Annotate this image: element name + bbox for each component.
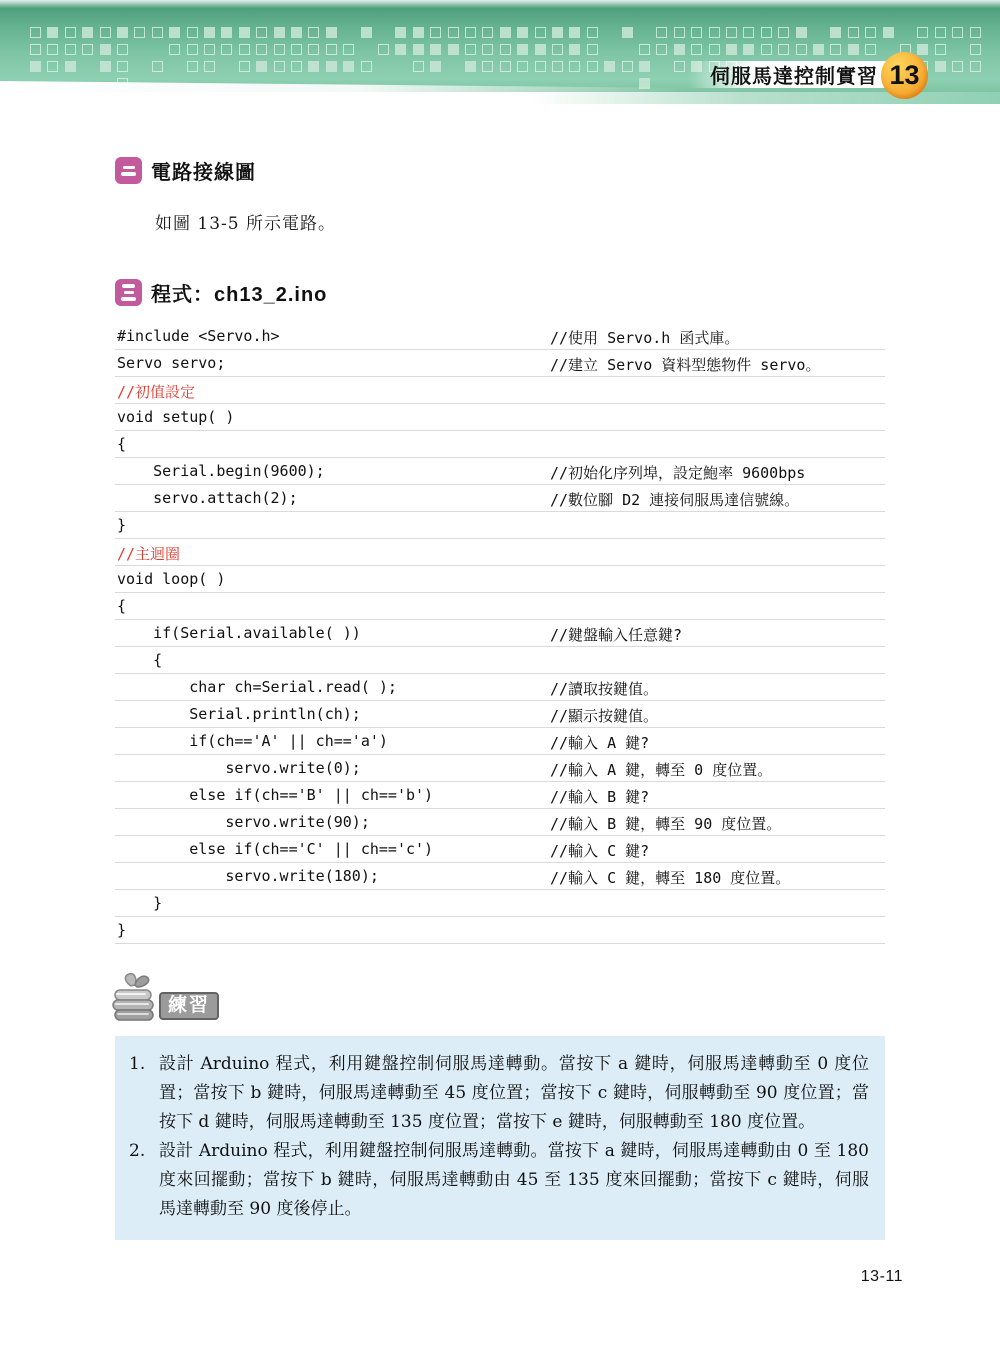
decorative-square xyxy=(674,44,685,55)
decorative-square xyxy=(952,27,963,38)
code-row: servo.write(180);//輸入 C 鍵，轉至 180 度位置。 xyxy=(115,863,885,890)
decorative-square xyxy=(100,44,111,55)
decorative-square xyxy=(970,27,981,38)
section-heading-circuit: 電路接線圖 xyxy=(115,156,885,185)
decorative-square xyxy=(743,44,754,55)
code-comment: //數位腳 D2 連接伺服馬達信號線。 xyxy=(550,489,799,510)
decorative-square xyxy=(117,61,128,72)
decorative-square xyxy=(47,27,58,38)
decorative-square xyxy=(761,27,772,38)
decorative-square xyxy=(639,44,650,55)
code-text: char ch=Serial.read( ); xyxy=(117,678,397,696)
decorative-square xyxy=(169,44,180,55)
decorative-square xyxy=(82,44,93,55)
page: 伺服馬達控制實習 13 電路接線圖 如圖 13-5 所示電路。 程式：ch13_… xyxy=(0,0,1000,1356)
code-row: else if(ch=='C' || ch=='c')//輸入 C 鍵? xyxy=(115,836,885,863)
decorative-square xyxy=(378,44,389,55)
decorative-square xyxy=(465,27,476,38)
decorative-square xyxy=(326,44,337,55)
code-comment: //使用 Servo.h 函式庫。 xyxy=(550,327,739,348)
circuit-intro-text: 如圖 13-5 所示電路。 xyxy=(155,209,885,234)
decorative-square xyxy=(47,44,58,55)
decorative-square xyxy=(134,27,145,38)
code-text: if(Serial.available( )) xyxy=(117,624,361,642)
decorative-square xyxy=(465,61,476,72)
decorative-square xyxy=(500,44,511,55)
code-row: if(ch=='A' || ch=='a')//輸入 A 鍵? xyxy=(115,728,885,755)
code-comment: //輸入 B 鍵，轉至 90 度位置。 xyxy=(550,813,781,834)
decorative-square xyxy=(865,44,876,55)
decorative-square xyxy=(465,44,476,55)
decorative-square xyxy=(622,61,633,72)
code-text: } xyxy=(117,894,162,912)
decorative-square xyxy=(709,44,720,55)
decorative-square xyxy=(743,27,754,38)
decorative-square xyxy=(239,44,250,55)
decorative-square xyxy=(552,61,563,72)
decorative-square xyxy=(291,61,302,72)
books-and-sprout-icon xyxy=(111,972,163,1031)
decorative-square xyxy=(395,44,406,55)
decorative-square xyxy=(448,44,459,55)
code-text: servo.write(90); xyxy=(117,813,370,831)
code-comment: //建立 Servo 資料型態物件 servo。 xyxy=(550,354,820,375)
decorative-square xyxy=(952,61,963,72)
decorative-square xyxy=(935,61,946,72)
decorative-square xyxy=(691,27,702,38)
code-text: #include <Servo.h> xyxy=(117,327,280,345)
code-listing: #include <Servo.h>//使用 Servo.h 函式庫。Servo… xyxy=(115,323,885,944)
decorative-square xyxy=(813,44,824,55)
decorative-square xyxy=(413,61,424,72)
decorative-square xyxy=(569,61,580,72)
decorative-square xyxy=(291,44,302,55)
decorative-square xyxy=(535,27,546,38)
decorative-square xyxy=(917,27,928,38)
decorative-square xyxy=(535,61,546,72)
decorative-square xyxy=(935,27,946,38)
decorative-square xyxy=(639,61,650,72)
decorative-square xyxy=(917,44,928,55)
decorative-square xyxy=(430,44,441,55)
decorative-square xyxy=(204,27,215,38)
code-row: void setup( ) xyxy=(115,404,885,431)
decorative-square xyxy=(30,61,41,72)
code-row: Serial.begin(9600);//初始化序列埠，設定鮑率 9600bps xyxy=(115,458,885,485)
exercise-item: 1.設計 Arduino 程式，利用鍵盤控制伺服馬達轉動。當按下 a 鍵時，伺服… xyxy=(129,1050,869,1137)
decorative-square xyxy=(100,27,111,38)
code-text: } xyxy=(117,516,126,534)
decorative-square xyxy=(569,44,580,55)
decorative-square xyxy=(552,44,563,55)
decorative-square xyxy=(221,44,232,55)
code-row: servo.write(0);//輸入 A 鍵，轉至 0 度位置。 xyxy=(115,755,885,782)
decorative-square xyxy=(796,27,807,38)
code-text: Serial.println(ch); xyxy=(117,705,361,723)
decorative-square xyxy=(865,27,876,38)
decorative-square xyxy=(500,27,511,38)
decorative-square xyxy=(691,44,702,55)
decorative-square xyxy=(256,61,267,72)
decorative-square xyxy=(65,27,76,38)
decorative-square xyxy=(517,27,528,38)
decorative-square xyxy=(187,44,198,55)
code-row: } xyxy=(115,890,885,917)
code-text: Serial.begin(9600); xyxy=(117,462,325,480)
decorative-square xyxy=(361,27,372,38)
decorative-square xyxy=(152,61,163,72)
code-text: { xyxy=(117,651,162,669)
decorative-square xyxy=(517,44,528,55)
decorative-square xyxy=(587,61,598,72)
code-comment: //讀取按鍵值。 xyxy=(550,678,658,699)
decorative-square xyxy=(848,27,859,38)
code-text: { xyxy=(117,435,126,453)
decorative-square xyxy=(517,61,528,72)
code-comment: //初始化序列埠，設定鮑率 9600bps xyxy=(550,462,805,483)
decorative-square xyxy=(256,44,267,55)
decorative-square xyxy=(448,27,459,38)
page-content: 電路接線圖 如圖 13-5 所示電路。 程式：ch13_2.ino #inclu… xyxy=(115,104,885,1240)
decorative-square xyxy=(326,27,337,38)
decorative-square xyxy=(656,44,667,55)
header-fade-strip xyxy=(530,92,1000,104)
decorative-square xyxy=(622,27,633,38)
decorative-square xyxy=(169,27,180,38)
section-heading-program: 程式：ch13_2.ino xyxy=(115,278,885,307)
code-row: servo.attach(2);//數位腳 D2 連接伺服馬達信號線。 xyxy=(115,485,885,512)
decorative-square xyxy=(274,61,285,72)
decorative-square xyxy=(430,27,441,38)
decorative-square xyxy=(100,61,111,72)
decorative-square xyxy=(883,27,894,38)
decorative-square xyxy=(204,61,215,72)
exercise-item: 2.設計 Arduino 程式，利用鍵盤控制伺服馬達轉動。當按下 a 鍵時，伺服… xyxy=(129,1137,869,1224)
code-text: void loop( ) xyxy=(117,570,225,588)
code-comment: //鍵盤輸入任意鍵? xyxy=(550,624,682,645)
code-row: if(Serial.available( ))//鍵盤輸入任意鍵? xyxy=(115,620,885,647)
decorative-square xyxy=(639,78,650,89)
decorative-square xyxy=(830,44,841,55)
section-marker-three-icon xyxy=(115,279,142,306)
decorative-square xyxy=(413,27,424,38)
practice-label: 練習 xyxy=(159,992,219,1020)
decorative-square xyxy=(778,27,789,38)
decorative-square xyxy=(274,44,285,55)
decorative-square xyxy=(848,44,859,55)
code-row: //初值設定 xyxy=(115,377,885,404)
decorative-square xyxy=(587,27,598,38)
decorative-square xyxy=(308,61,319,72)
chapter-number: 13 xyxy=(889,60,919,91)
decorative-square xyxy=(970,44,981,55)
decorative-square xyxy=(674,61,685,72)
decorative-square xyxy=(604,61,615,72)
decorative-square xyxy=(256,27,267,38)
decorative-square xyxy=(308,27,319,38)
decorative-square xyxy=(535,44,546,55)
decorative-square xyxy=(395,27,406,38)
decorative-square xyxy=(361,61,372,72)
decorative-square xyxy=(65,61,76,72)
decorative-square xyxy=(30,27,41,38)
code-text: void setup( ) xyxy=(117,408,234,426)
decorative-square xyxy=(726,27,737,38)
decorative-square xyxy=(47,61,58,72)
code-row: void loop( ) xyxy=(115,566,885,593)
decorative-square xyxy=(482,61,493,72)
code-text: //初值設定 xyxy=(117,381,195,402)
decorative-square xyxy=(552,27,563,38)
code-row: //主迴圈 xyxy=(115,539,885,566)
decorative-square xyxy=(274,27,285,38)
code-comment: //輸入 C 鍵，轉至 180 度位置。 xyxy=(550,867,790,888)
code-row: char ch=Serial.read( );//讀取按鍵值。 xyxy=(115,674,885,701)
decorative-square xyxy=(82,27,93,38)
decorative-square xyxy=(726,44,737,55)
section-title: 程式：ch13_2.ino xyxy=(151,278,327,307)
decorative-square xyxy=(970,61,981,72)
chapter-title: 伺服馬達控制實習 xyxy=(710,60,878,89)
code-row: servo.write(90);//輸入 B 鍵，轉至 90 度位置。 xyxy=(115,809,885,836)
decorative-square xyxy=(587,44,598,55)
exercise-number: 1. xyxy=(129,1050,159,1137)
code-row: else if(ch=='B' || ch=='b')//輸入 B 鍵? xyxy=(115,782,885,809)
code-text: else if(ch=='C' || ch=='c') xyxy=(117,840,433,858)
decorative-square xyxy=(308,44,319,55)
code-row: #include <Servo.h>//使用 Servo.h 函式庫。 xyxy=(115,323,885,350)
chapter-number-badge: 13 xyxy=(881,52,928,99)
decorative-square xyxy=(326,61,337,72)
exercise-text: 設計 Arduino 程式，利用鍵盤控制伺服馬達轉動。當按下 a 鍵時，伺服馬達… xyxy=(159,1137,869,1224)
decorative-square xyxy=(761,44,772,55)
decorative-square xyxy=(343,61,354,72)
decorative-square xyxy=(204,44,215,55)
code-text: servo.write(180); xyxy=(117,867,379,885)
code-text: } xyxy=(117,921,126,939)
exercise-box: 1.設計 Arduino 程式，利用鍵盤控制伺服馬達轉動。當按下 a 鍵時，伺服… xyxy=(115,1036,885,1240)
code-text: else if(ch=='B' || ch=='b') xyxy=(117,786,433,804)
code-text: { xyxy=(117,597,126,615)
decorative-square xyxy=(413,44,424,55)
code-text: //主迴圈 xyxy=(117,543,180,564)
decorative-square xyxy=(291,27,302,38)
decorative-square xyxy=(65,44,76,55)
decorative-square xyxy=(152,27,163,38)
decorative-square xyxy=(239,27,250,38)
decorative-square xyxy=(482,27,493,38)
code-comment: //顯示按鍵值。 xyxy=(550,705,658,726)
decorative-square xyxy=(796,44,807,55)
decorative-square xyxy=(430,61,441,72)
header-white-sweep xyxy=(0,79,720,92)
decorative-square xyxy=(117,44,128,55)
decorative-square xyxy=(30,44,41,55)
code-comment: //輸入 C 鍵? xyxy=(550,840,649,861)
practice-badge: 練習 xyxy=(115,978,885,1028)
exercise-text: 設計 Arduino 程式，利用鍵盤控制伺服馬達轉動。當按下 a 鍵時，伺服馬達… xyxy=(159,1050,869,1137)
decorative-square xyxy=(656,27,667,38)
code-comment: //輸入 A 鍵? xyxy=(550,732,649,753)
decorative-square xyxy=(482,44,493,55)
decorative-square xyxy=(674,27,685,38)
code-row: { xyxy=(115,647,885,674)
code-row: } xyxy=(115,917,885,944)
decorative-square xyxy=(187,27,198,38)
decorative-square xyxy=(935,44,946,55)
code-comment: //輸入 A 鍵，轉至 0 度位置。 xyxy=(550,759,772,780)
page-number: 13-11 xyxy=(861,1268,903,1286)
decorative-square xyxy=(778,44,789,55)
code-comment: //輸入 B 鍵? xyxy=(550,786,649,807)
code-row: } xyxy=(115,512,885,539)
code-text: if(ch=='A' || ch=='a') xyxy=(117,732,388,750)
decorative-square xyxy=(221,27,232,38)
exercise-number: 2. xyxy=(129,1137,159,1224)
decorative-square xyxy=(343,44,354,55)
decorative-square xyxy=(500,61,511,72)
code-row: { xyxy=(115,593,885,620)
code-row: Servo servo;//建立 Servo 資料型態物件 servo。 xyxy=(115,350,885,377)
code-row: Serial.println(ch);//顯示按鍵值。 xyxy=(115,701,885,728)
code-text: servo.write(0); xyxy=(117,759,361,777)
section-marker-two-icon xyxy=(115,157,142,184)
code-row: { xyxy=(115,431,885,458)
code-text: servo.attach(2); xyxy=(117,489,298,507)
decorative-square xyxy=(569,27,580,38)
decorative-square xyxy=(117,27,128,38)
decorative-square xyxy=(239,61,250,72)
section-title: 電路接線圖 xyxy=(151,156,256,185)
decorative-square xyxy=(709,27,720,38)
decorative-square xyxy=(187,61,198,72)
code-text: Servo servo; xyxy=(117,354,225,372)
decorative-square xyxy=(830,27,841,38)
